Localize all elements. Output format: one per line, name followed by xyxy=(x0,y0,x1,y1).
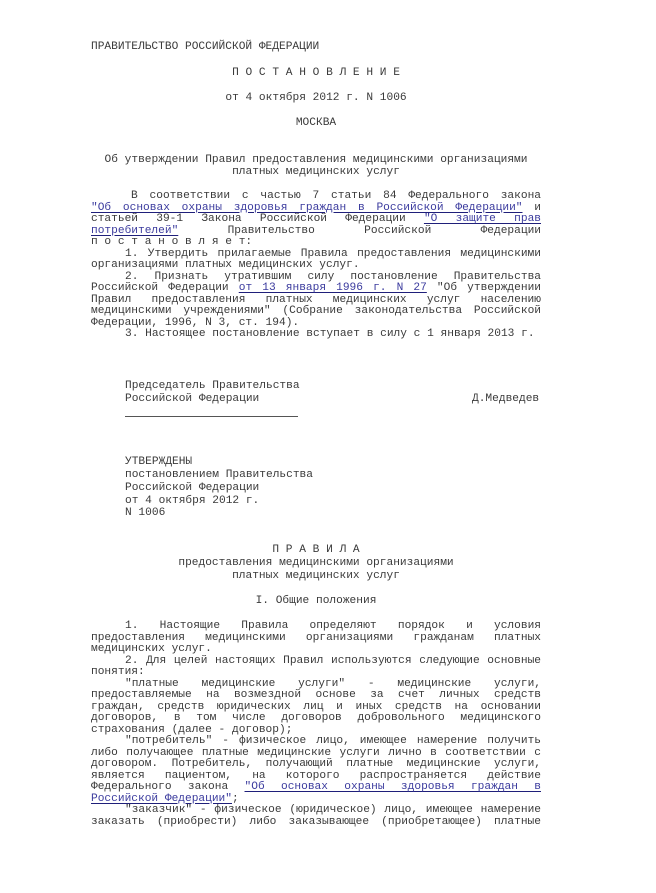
rules-line: граждан, средств юридических лиц и иных … xyxy=(91,701,541,713)
signatory-position: Председатель Правительства xyxy=(125,380,575,392)
doc-city: МОСКВА xyxy=(91,117,541,129)
preamble-text: Правительство Российской Федерации xyxy=(228,225,541,237)
approval-line: N 1006 xyxy=(125,507,575,519)
signature-divider xyxy=(125,416,298,417)
doc-title-line: Об утверждении Правил предоставления мед… xyxy=(91,154,541,166)
preamble-decree-word: п о с т а н о в л я е т: xyxy=(91,236,541,248)
rules-line: либо получающее платные медицинские услу… xyxy=(91,747,541,759)
rules-line: является пациентом, на которого распрост… xyxy=(91,770,541,782)
rules-line: медицинских услуг. xyxy=(91,643,541,655)
rules-subtitle-line: предоставления медицинскими организациям… xyxy=(91,557,541,569)
clause-1-line: организациями платных медицинских услуг. xyxy=(91,259,541,271)
clause-2-line: Российской Федерации от 13 января 1996 г… xyxy=(91,282,541,294)
rules-line: Федерального закона "Об основах охраны з… xyxy=(91,781,541,793)
rules-line: договором. Потребитель, получающий платн… xyxy=(91,758,541,770)
rules-heading: П Р А В И Л А xyxy=(91,544,541,556)
rules-line: страхования (далее - договор); xyxy=(91,724,541,736)
doc-type-heading: П О С Т А Н О В Л Е Н И Е xyxy=(91,67,541,79)
approval-line: Российской Федерации xyxy=(125,482,575,494)
clause-2-line: 2. Признать утратившим силу постановлени… xyxy=(91,271,541,283)
rules-line: договоров, в том числе договоров доброво… xyxy=(91,712,541,724)
rules-line: "потребитель" - физическое лицо, имеющее… xyxy=(91,735,541,747)
clause-2-line: Федерации, 1996, N 3, ст. 194). xyxy=(91,317,541,329)
approval-line: УТВЕРЖДЕНЫ xyxy=(125,456,575,468)
rules-line: 1. Настоящие Правила определяют порядок … xyxy=(91,620,541,632)
preamble-line: "Об основах охраны здоровья граждан в Ро… xyxy=(91,202,541,214)
rules-line: "платные медицинские услуги" - медицинск… xyxy=(91,678,541,690)
law-link-health-basics-2[interactable]: "Об основах охраны здоровья граждан в xyxy=(245,781,541,793)
clause-text: "Об утверждении xyxy=(427,282,541,294)
rules-text: Федерального закона xyxy=(91,781,245,793)
clause-2-line: Правил предоставления платных медицински… xyxy=(91,294,541,306)
decree-link-1996-n27[interactable]: от 13 января 1996 г. N 27 xyxy=(239,282,427,294)
preamble-text: статьей 39-1 Закона Российской Федерации xyxy=(91,213,424,225)
rules-line: Российской Федерации"; xyxy=(91,793,541,805)
rules-line: предоставляемые на возмездной основе за … xyxy=(91,689,541,701)
rules-line: заказать (приобрести) либо заказывающее … xyxy=(91,816,541,828)
rules-text: ; xyxy=(232,793,239,805)
clause-1-line: 1. Утвердить прилагаемые Правила предост… xyxy=(91,248,541,260)
rules-line: понятия: xyxy=(91,666,541,678)
law-link-consumer-protection[interactable]: "О защите прав xyxy=(424,213,541,225)
rules-line: предоставления медицинскими организациям… xyxy=(91,632,541,644)
preamble-line: В соответствии с частью 7 статьи 84 Феде… xyxy=(91,190,541,202)
approval-line: постановлением Правительства xyxy=(125,469,575,481)
preamble-line: потребителей" Правительство Российской Ф… xyxy=(91,225,541,237)
doc-title-line: платных медицинских услуг xyxy=(91,166,541,178)
preamble-text: и xyxy=(523,202,541,214)
preamble-line: статьей 39-1 Закона Российской Федерации… xyxy=(91,213,541,225)
section-title: I. Общие положения xyxy=(91,595,541,607)
document-page: ПРАВИТЕЛЬСТВО РОССИЙСКОЙ ФЕДЕРАЦИИ П О С… xyxy=(0,0,656,893)
rules-subtitle-line: платных медицинских услуг xyxy=(91,570,541,582)
rules-line: 2. Для целей настоящих Правил используют… xyxy=(91,655,541,667)
clause-text: Российской Федерации xyxy=(91,282,239,294)
clause-2-line: медицинскими учреждениями" (Собрание зак… xyxy=(91,305,541,317)
doc-date-number: от 4 октября 2012 г. N 1006 xyxy=(91,92,541,104)
approval-line: от 4 октября 2012 г. xyxy=(125,495,575,507)
law-link-health-basics-2-cont[interactable]: Российской Федерации" xyxy=(91,793,232,805)
law-link-consumer-protection-cont[interactable]: потребителей" xyxy=(91,225,178,237)
rules-line: "заказчик" - физическое (юридическое) ли… xyxy=(91,804,541,816)
government-name: ПРАВИТЕЛЬСТВО РОССИЙСКОЙ ФЕДЕРАЦИИ xyxy=(91,41,541,53)
clause-3-line: 3. Настоящее постановление вступает в си… xyxy=(91,328,575,340)
signatory-name: Д.Медведев xyxy=(472,393,552,405)
law-link-health-basics[interactable]: "Об основах охраны здоровья граждан в Ро… xyxy=(91,202,523,214)
